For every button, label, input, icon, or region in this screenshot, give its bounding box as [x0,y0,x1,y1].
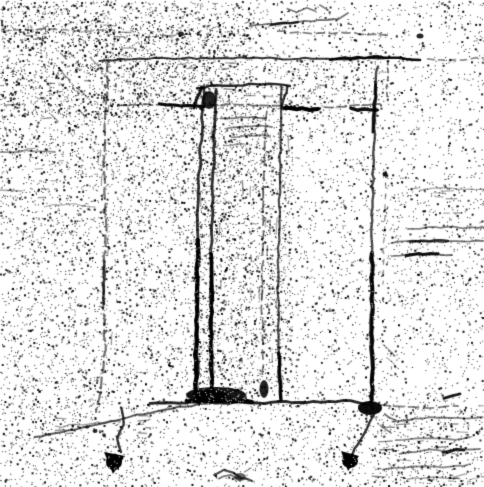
pencil-sketch-figure [0,0,484,487]
doorway-sketch-canvas [0,0,484,487]
